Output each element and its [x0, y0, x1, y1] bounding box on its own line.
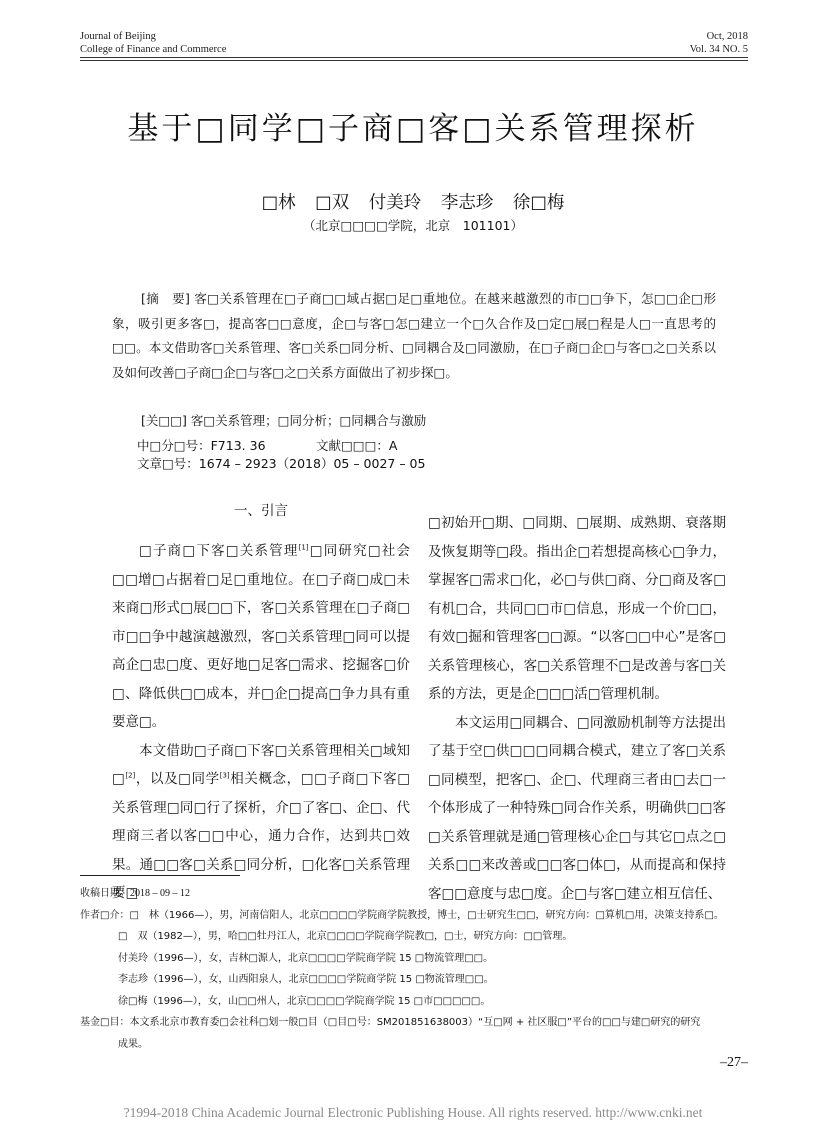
page-number: –27– — [720, 1055, 748, 1071]
citation-ref[interactable]: [2] — [125, 772, 135, 780]
article-id: 文章□号：1674 – 2923（2018）05 – 0027 – 05 — [137, 454, 425, 472]
paragraph: 本文借助□子商□下客□关系管理相关□域知□[2]，以及□同学[3]相关概念，□□… — [112, 737, 410, 908]
citation-ref[interactable]: [1] — [299, 544, 309, 552]
author-affiliation: （北京□□□□学院，北京 101101） — [0, 216, 826, 234]
body-column-right: □初始开□期、□同期、□展期、成熟期、衰落期及恢复期等□段。指出企□若想提高核心… — [428, 509, 726, 908]
footnotes: 收稿日期：2018 – 09 – 12 作者□介：□ 林（1966—），男，河南… — [80, 883, 760, 1055]
paragraph-text: □同研究□社会□□增□占据着□足□重地位。在□子商□成□未来商□形式□展□□下，… — [112, 543, 410, 730]
journal-name-line1: Journal of Beijing — [80, 30, 226, 43]
abstract-text: 客□关系管理在□子商□□域占据□足□重地位。在越来越激烈的市□□争下，怎□□企□… — [112, 291, 716, 380]
keywords: [关□□] 客□关系管理；□同分析；□同耦合与激励 — [141, 411, 426, 429]
bio-entry: 徐□梅（1996—），女，山□□州人，北京□□□□学院商学院 15 □市□□□□… — [80, 991, 760, 1013]
document-code: 文献□□□：A — [316, 436, 446, 454]
keywords-label: [关□□] — [141, 413, 187, 428]
funding-note: 基金□目：本文系北京市教育委□会社科□划一般□目（□目□号：SM20185163… — [80, 1012, 760, 1034]
header-rule-bottom — [80, 60, 748, 61]
issue-info: Oct, 2018 Vol. 34 NO. 5 — [690, 30, 748, 56]
paragraph-text: ，以及□同学 — [135, 771, 219, 787]
abstract: [摘 要] 客□关系管理在□子商□□域占据□足□重地位。在越来越激烈的市□□争下… — [112, 287, 716, 385]
author-list: □林 □双 付美玲 李志珍 徐□梅 — [0, 189, 826, 214]
funding-text-continued: 成果。 — [80, 1034, 760, 1056]
clc-number: 中□分□号：F713. 36 — [137, 436, 312, 454]
received-date: 收稿日期：2018 – 09 – 12 — [80, 883, 760, 905]
header-rule-top — [80, 57, 748, 58]
body-column-left: □子商□下客□关系管理[1]□同研究□社会□□增□占据着□足□重地位。在□子商□… — [112, 537, 410, 908]
bio-entry: 李志珍（1996—），女，山西阳泉人，北京□□□□学院商学院 15 □物流管理□… — [80, 969, 760, 991]
paragraph: □初始开□期、□同期、□展期、成熟期、衰落期及恢复期等□段。指出企□若想提高核心… — [428, 509, 726, 709]
received-value: 2018 – 09 – 12 — [130, 888, 190, 899]
issue-volume: Vol. 34 NO. 5 — [690, 43, 748, 56]
bio-entry: □ 双（1982—），男，哈□□牡丹江人，北京□□□□学院商学院教□，□士，研究… — [80, 926, 760, 948]
section-heading-introduction: 一、引言 — [112, 499, 410, 519]
copyright-notice: ?1994-2018 China Academic Journal Electr… — [0, 1105, 826, 1121]
footnote-rule — [80, 875, 240, 876]
journal-name-line2: College of Finance and Commerce — [80, 43, 226, 56]
classification-line: 中□分□号：F713. 36 文献□□□：A 文章□号：1674 – 2923（… — [137, 436, 727, 472]
article-title: 基于□同学□子商□客□关系管理探析 — [0, 103, 826, 148]
abstract-label: [摘 要] — [141, 291, 190, 306]
paragraph: □子商□下客□关系管理[1]□同研究□社会□□增□占据着□足□重地位。在□子商□… — [112, 537, 410, 737]
journal-name: Journal of Beijing College of Finance an… — [80, 30, 226, 56]
funding-text: 本文系北京市教育委□会社科□划一般□目（□目□号：SM201851638003）… — [129, 1012, 700, 1034]
paragraph-text: □子商□下客□关系管理 — [139, 543, 299, 559]
paragraph-text: 相关概念，□□子商□下客□关系管理□同□行了探析，介□了客□、企□、代理商三者以… — [112, 771, 410, 901]
bio-label: 作者□介： — [80, 905, 129, 927]
funding-label: 基金□目： — [80, 1012, 129, 1034]
received-label: 收稿日期： — [80, 888, 130, 899]
issue-date: Oct, 2018 — [690, 30, 748, 43]
author-bio: 作者□介：□ 林（1966—），男，河南信阳人，北京□□□□学院商学院教授，博士… — [80, 905, 760, 927]
bio-entry: □ 林（1966—），男，河南信阳人，北京□□□□学院商学院教授，博士，□士研究… — [129, 905, 723, 927]
citation-ref[interactable]: [3] — [220, 772, 230, 780]
paragraph: 本文运用□同耦合、□同激励机制等方法提出了基于空□供□□□同耦合模式，建立了客□… — [428, 709, 726, 909]
keywords-text: 客□关系管理；□同分析；□同耦合与激励 — [191, 413, 426, 428]
bio-entry: 付美玲（1996—），女，吉林□源人，北京□□□□学院商学院 15 □物流管理□… — [80, 948, 760, 970]
